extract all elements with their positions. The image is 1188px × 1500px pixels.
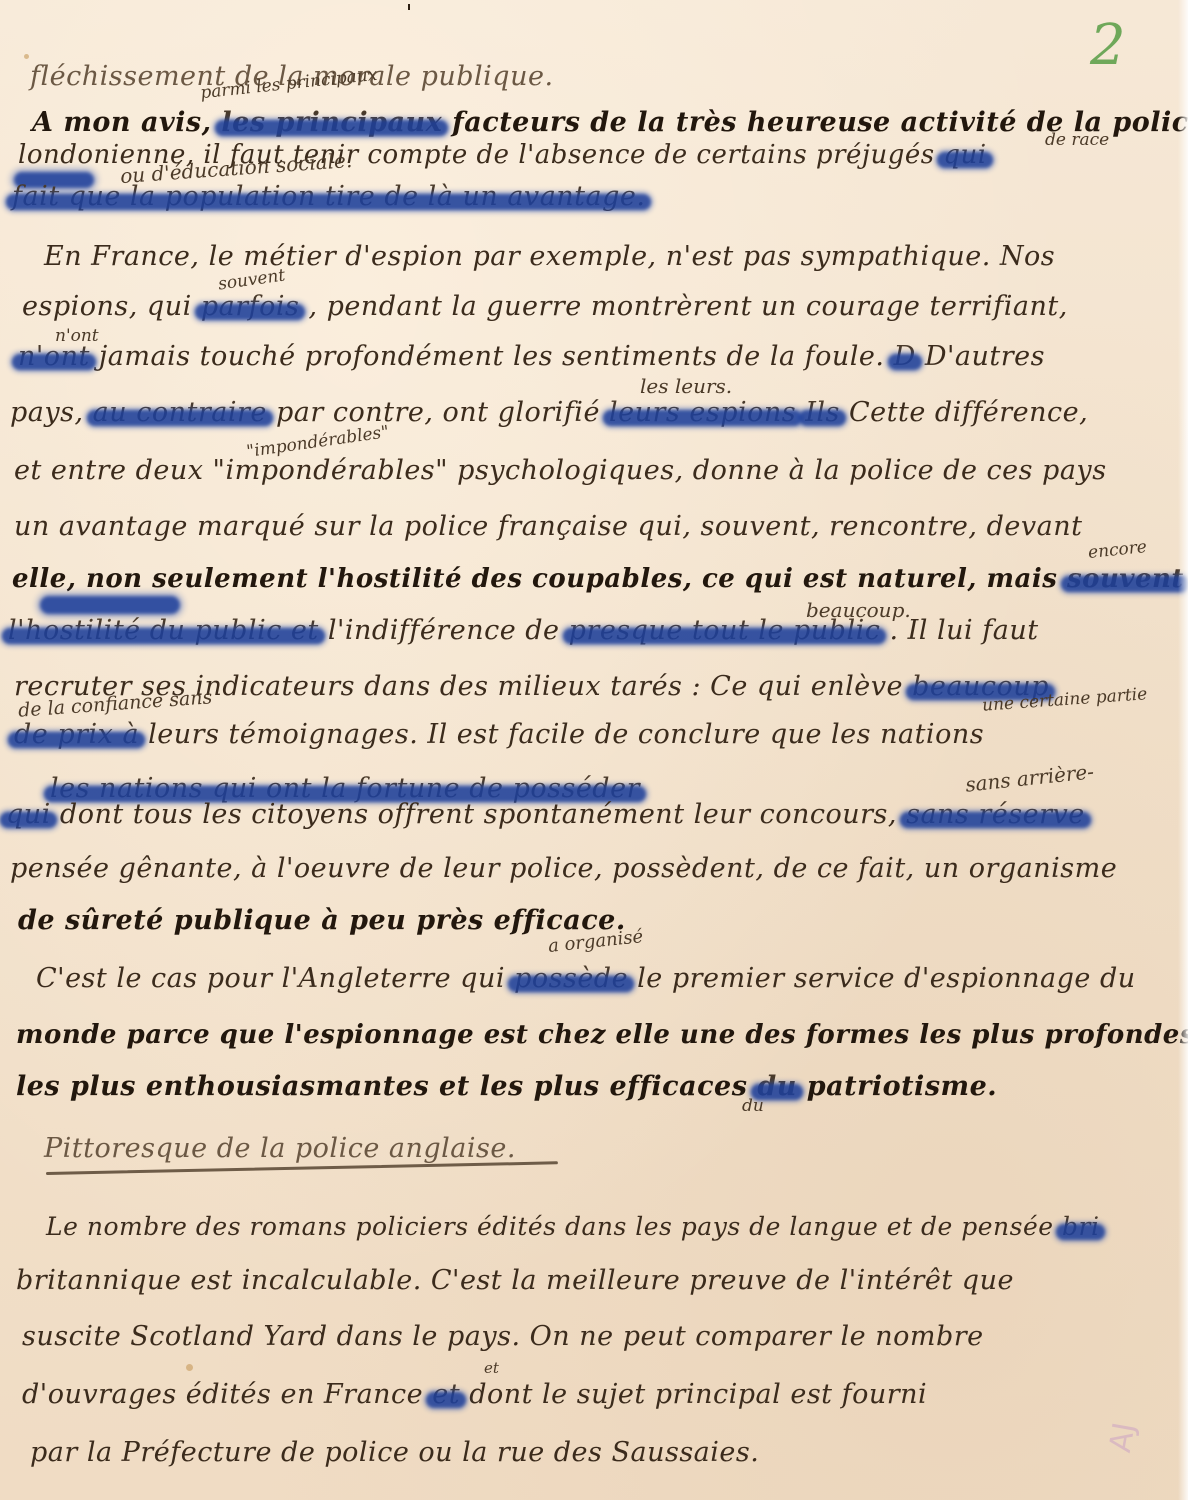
- line-text: les plus enthousiasmantes et les plus ef…: [16, 1071, 747, 1102]
- manuscript-line-18: pensée gênante, à l'oeuvre de leur polic…: [10, 852, 1117, 886]
- interlinear-insertion: et: [484, 1358, 499, 1378]
- paper-stain: [186, 1364, 193, 1371]
- manuscript-line-20: C'est le cas pour l'Angleterre qui possè…: [36, 962, 1136, 996]
- manuscript-page: 2 fléchissement de la morale publique. p…: [0, 0, 1188, 1500]
- line-text: , pendant la guerre montrèrent un courag…: [308, 291, 1067, 322]
- line-text: dont le sujet principal est fourni: [469, 1379, 927, 1410]
- line-text: le premier service d'espionnage du: [637, 963, 1136, 994]
- manuscript-line-11: un avantage marqué sur la police françai…: [14, 510, 1082, 544]
- line-text: britannique est incalculable. C'est la m…: [16, 1265, 1014, 1296]
- manuscript-line-22: les plus enthousiasmantes et les plus ef…: [16, 1070, 997, 1104]
- struck-text: n'ont: [18, 340, 90, 374]
- manuscript-line-28: par la Préfecture de police ou la rue de…: [30, 1436, 759, 1470]
- line-text: pays,: [10, 397, 84, 428]
- manuscript-line-25: britannique est incalculable. C'est la m…: [16, 1264, 1014, 1298]
- struck-text: les principaux: [221, 106, 442, 140]
- manuscript-line-8: n'ont jamais touché profondément les sen…: [18, 340, 1045, 374]
- line-text: et entre deux "impondérables" psychologi…: [14, 455, 1107, 486]
- manuscript-line-19: de sûreté publique à peu près efficace.: [18, 904, 626, 938]
- line-text: leurs témoignages. Il est facile de conc…: [148, 719, 984, 750]
- top-margin-tick: [408, 4, 410, 10]
- interlinear-insertion: de race: [1045, 130, 1109, 150]
- struck-text: parfois: [201, 290, 300, 324]
- crayon-strike: [40, 596, 180, 614]
- manuscript-line-27: d'ouvrages édités en France et dont le s…: [22, 1378, 927, 1412]
- interlinear-insertion: sans arrière-: [964, 761, 1095, 794]
- line-text: En France, le métier d'espion par exempl…: [44, 241, 1055, 272]
- struck-text: Ils: [805, 396, 840, 430]
- struck-text: qui: [943, 138, 986, 172]
- line-text: par la Préfecture de police ou la rue de…: [30, 1437, 759, 1468]
- manuscript-line-15: de prix à leurs témoignages. Il est faci…: [14, 718, 984, 752]
- struck-text: presque tout le public: [569, 614, 881, 648]
- manuscript-line-6: En France, le métier d'espion par exempl…: [44, 240, 1055, 274]
- struck-text: au contraire: [93, 396, 267, 430]
- line-text: monde parce que l'espionnage est chez el…: [16, 1020, 1188, 1050]
- manuscript-line-13: l'hostilité du public et l'indifférence …: [8, 614, 1039, 648]
- interlinear-insertion: du: [742, 1096, 764, 1116]
- manuscript-line-17: qui dont tous les citoyens offrent spont…: [6, 798, 1085, 832]
- struck-text: sans réserve: [906, 798, 1085, 832]
- struck-text: l'hostilité du public et: [8, 614, 319, 648]
- struck-text: et: [432, 1378, 460, 1412]
- struck-text: fait que la population tire de là un ava…: [12, 180, 645, 214]
- line-text: un avantage marqué sur la police françai…: [14, 511, 1082, 542]
- manuscript-line-12: elle, non seulement l'hostilité des coup…: [12, 562, 1184, 596]
- manuscript-line-26: suscite Scotland Yard dans le pays. On n…: [22, 1320, 984, 1354]
- manuscript-line-21: monde parce que l'espionnage est chez el…: [16, 1018, 1188, 1052]
- line-text: A mon avis,: [32, 107, 212, 138]
- line-text: Le nombre des romans policiers édités da…: [46, 1212, 1054, 1241]
- line-text: jamais touché profondément les sentiment…: [99, 341, 885, 372]
- interlinear-insertion: les leurs.: [640, 376, 732, 396]
- line-text: d'ouvrages édités en France: [22, 1379, 423, 1410]
- manuscript-line-10: et entre deux "impondérables" psychologi…: [14, 454, 1107, 488]
- line-text: D'autres: [925, 341, 1045, 372]
- line-text: de sûreté publique à peu près efficace.: [18, 905, 626, 936]
- struck-text: D: [894, 340, 916, 374]
- line-text: espions, qui: [22, 291, 192, 322]
- line-text: C'est le cas pour l'Angleterre qui: [36, 963, 505, 994]
- struck-text: bri: [1062, 1210, 1099, 1244]
- line-text: patriotisme.: [807, 1071, 997, 1102]
- line-text: par contre, ont glorifié: [276, 397, 600, 428]
- manuscript-line-struck: fait que la population tire de là un ava…: [12, 180, 645, 214]
- manuscript-line-7: espions, qui parfois , pendant la guerre…: [22, 290, 1068, 324]
- struck-text: leurs espions: [609, 396, 796, 430]
- manuscript-line-9: pays, au contraire par contre, ont glori…: [10, 396, 1088, 430]
- section-heading: Pittoresque de la police anglaise.: [44, 1132, 516, 1166]
- line-text: Cette différence,: [849, 397, 1088, 428]
- line-text: suscite Scotland Yard dans le pays. On n…: [22, 1321, 984, 1352]
- line-text: . Il lui faut: [889, 615, 1038, 646]
- line-text: elle, non seulement l'hostilité des coup…: [12, 564, 1057, 594]
- line-text: l'indifférence de: [328, 615, 560, 646]
- folio-number: 2: [1090, 18, 1126, 74]
- struck-text: possède: [514, 962, 628, 996]
- line-text: dont tous les citoyens offrent spontaném…: [60, 799, 897, 830]
- struck-text: souvent: [1067, 562, 1184, 596]
- heading-text: Pittoresque de la police anglaise.: [44, 1133, 516, 1164]
- struck-text: qui: [6, 798, 51, 832]
- line-text: pensée gênante, à l'oeuvre de leur polic…: [10, 853, 1117, 884]
- pencil-initials-mark: AJ: [1103, 1420, 1143, 1455]
- struck-text: de prix à: [14, 718, 139, 752]
- interlinear-insertion: encore: [1087, 537, 1148, 563]
- paper-stain: [24, 54, 29, 59]
- manuscript-line-2: A mon avis, les principaux facteurs de l…: [32, 106, 1188, 140]
- manuscript-line-24: Le nombre des romans policiers édités da…: [46, 1210, 1099, 1244]
